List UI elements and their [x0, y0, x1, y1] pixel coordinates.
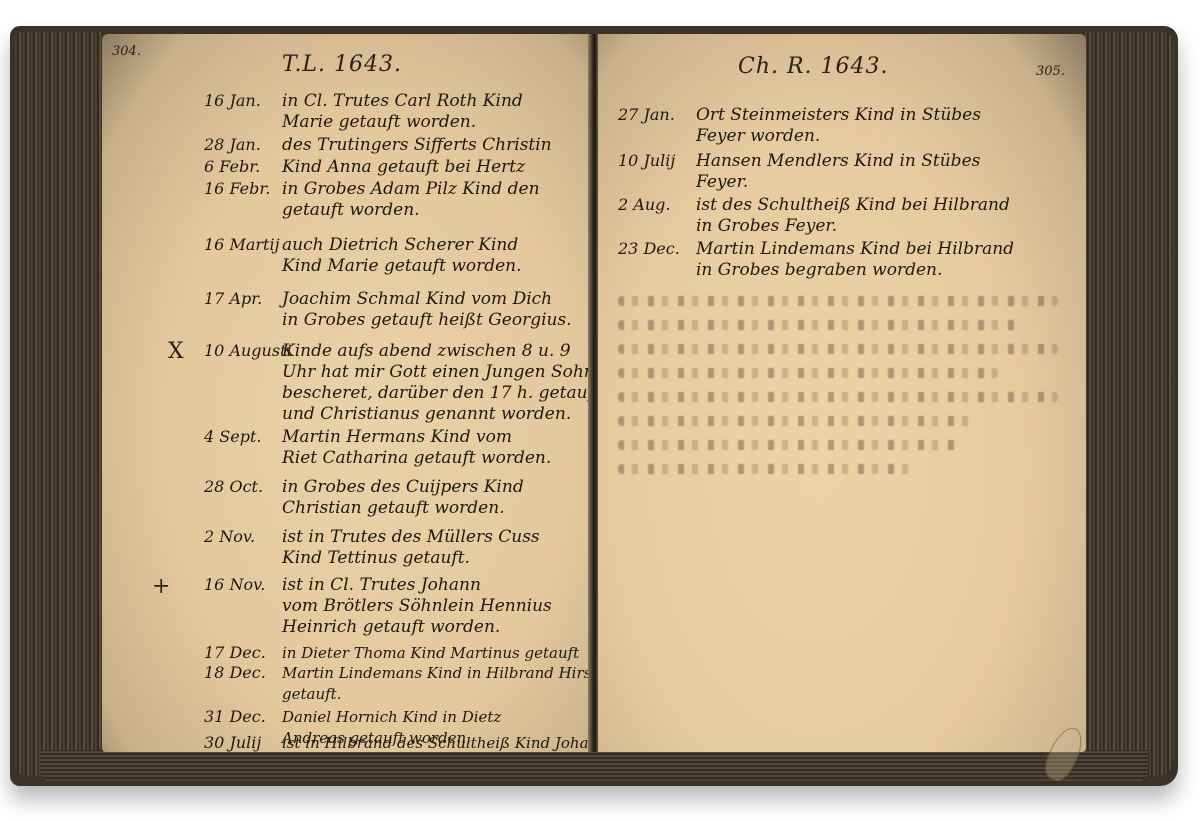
register-entry: 18 Dec.Martin Lindemans Kind in Hilbrand…	[204, 662, 609, 705]
margin-mark-x: X	[168, 339, 184, 364]
register-entry: 16 Jan.in Cl. Trutes Carl Roth Kind Mari…	[204, 90, 523, 133]
register-entry: 16 Nov.ist in Cl. Trutes Johann vom Bröt…	[204, 574, 552, 638]
register-entry: 10 JulijHansen Mendlers Kind in Stübes F…	[618, 150, 980, 193]
register-entry: 16 Martijauch Dietrich Scherer Kind Kind…	[204, 234, 522, 277]
faded-text-line	[618, 320, 1018, 330]
faded-text-line	[618, 392, 1058, 402]
margin-mark-cross: +	[152, 574, 170, 599]
register-entry: 17 Apr.Joachim Schmal Kind vom Dich in G…	[204, 288, 572, 331]
register-entry: 17 Dec.in Dieter Thoma Kind Martinus get…	[204, 642, 579, 664]
register-entry: 27 Jan.Ort Steinmeisters Kind in Stübes …	[618, 104, 981, 147]
register-entry: 6 Febr.Kind Anna getauft bei Hertz	[204, 156, 525, 178]
register-entry: 10 AugustiKinde aufs abend zwischen 8 u.…	[204, 340, 601, 425]
right-page-edges	[1084, 32, 1174, 776]
register-entry: 23 Dec.Martin Lindemans Kind bei Hilbran…	[618, 238, 1014, 281]
faded-text-line	[618, 296, 1058, 306]
register-entry: 28 Jan.des Trutingers Sifferts Christin	[204, 134, 552, 156]
register-entry: 28 Oct.in Grobes des Cuijpers Kind Chris…	[204, 476, 524, 519]
open-book: 304. T.L. 1643. X + 16 Jan.in Cl. Trutes…	[10, 26, 1178, 786]
bottom-page-edges	[40, 750, 1148, 782]
right-page: Ch. R. 1643. 305. 27 Jan.Ort Steinmeiste…	[598, 34, 1086, 752]
register-entry: 4 Sept.Martin Hermans Kind vom Riet Cath…	[204, 426, 551, 469]
left-page-edges	[14, 32, 102, 776]
folio-number: 305.	[1036, 64, 1065, 79]
left-page: 304. T.L. 1643. X + 16 Jan.in Cl. Trutes…	[102, 34, 590, 752]
page-header: T.L. 1643.	[282, 52, 402, 77]
register-entry: 2 Nov.ist in Trutes des Müllers Cuss Kin…	[204, 526, 540, 569]
faded-text-line	[618, 440, 958, 450]
page-header: Ch. R. 1643.	[738, 54, 889, 79]
folio-number: 304.	[112, 44, 141, 59]
faded-text-line	[618, 368, 998, 378]
faded-text-line	[618, 416, 978, 426]
faded-text-line	[618, 464, 918, 474]
faded-text-line	[618, 344, 1058, 354]
register-entry: 16 Febr.in Grobes Adam Pilz Kind den get…	[204, 178, 540, 221]
register-entry: 30 Julijist in Hilbrand des Schultheiß K…	[204, 732, 624, 754]
register-entry: 2 Aug.ist des Schultheiß Kind bei Hilbra…	[618, 194, 1010, 237]
